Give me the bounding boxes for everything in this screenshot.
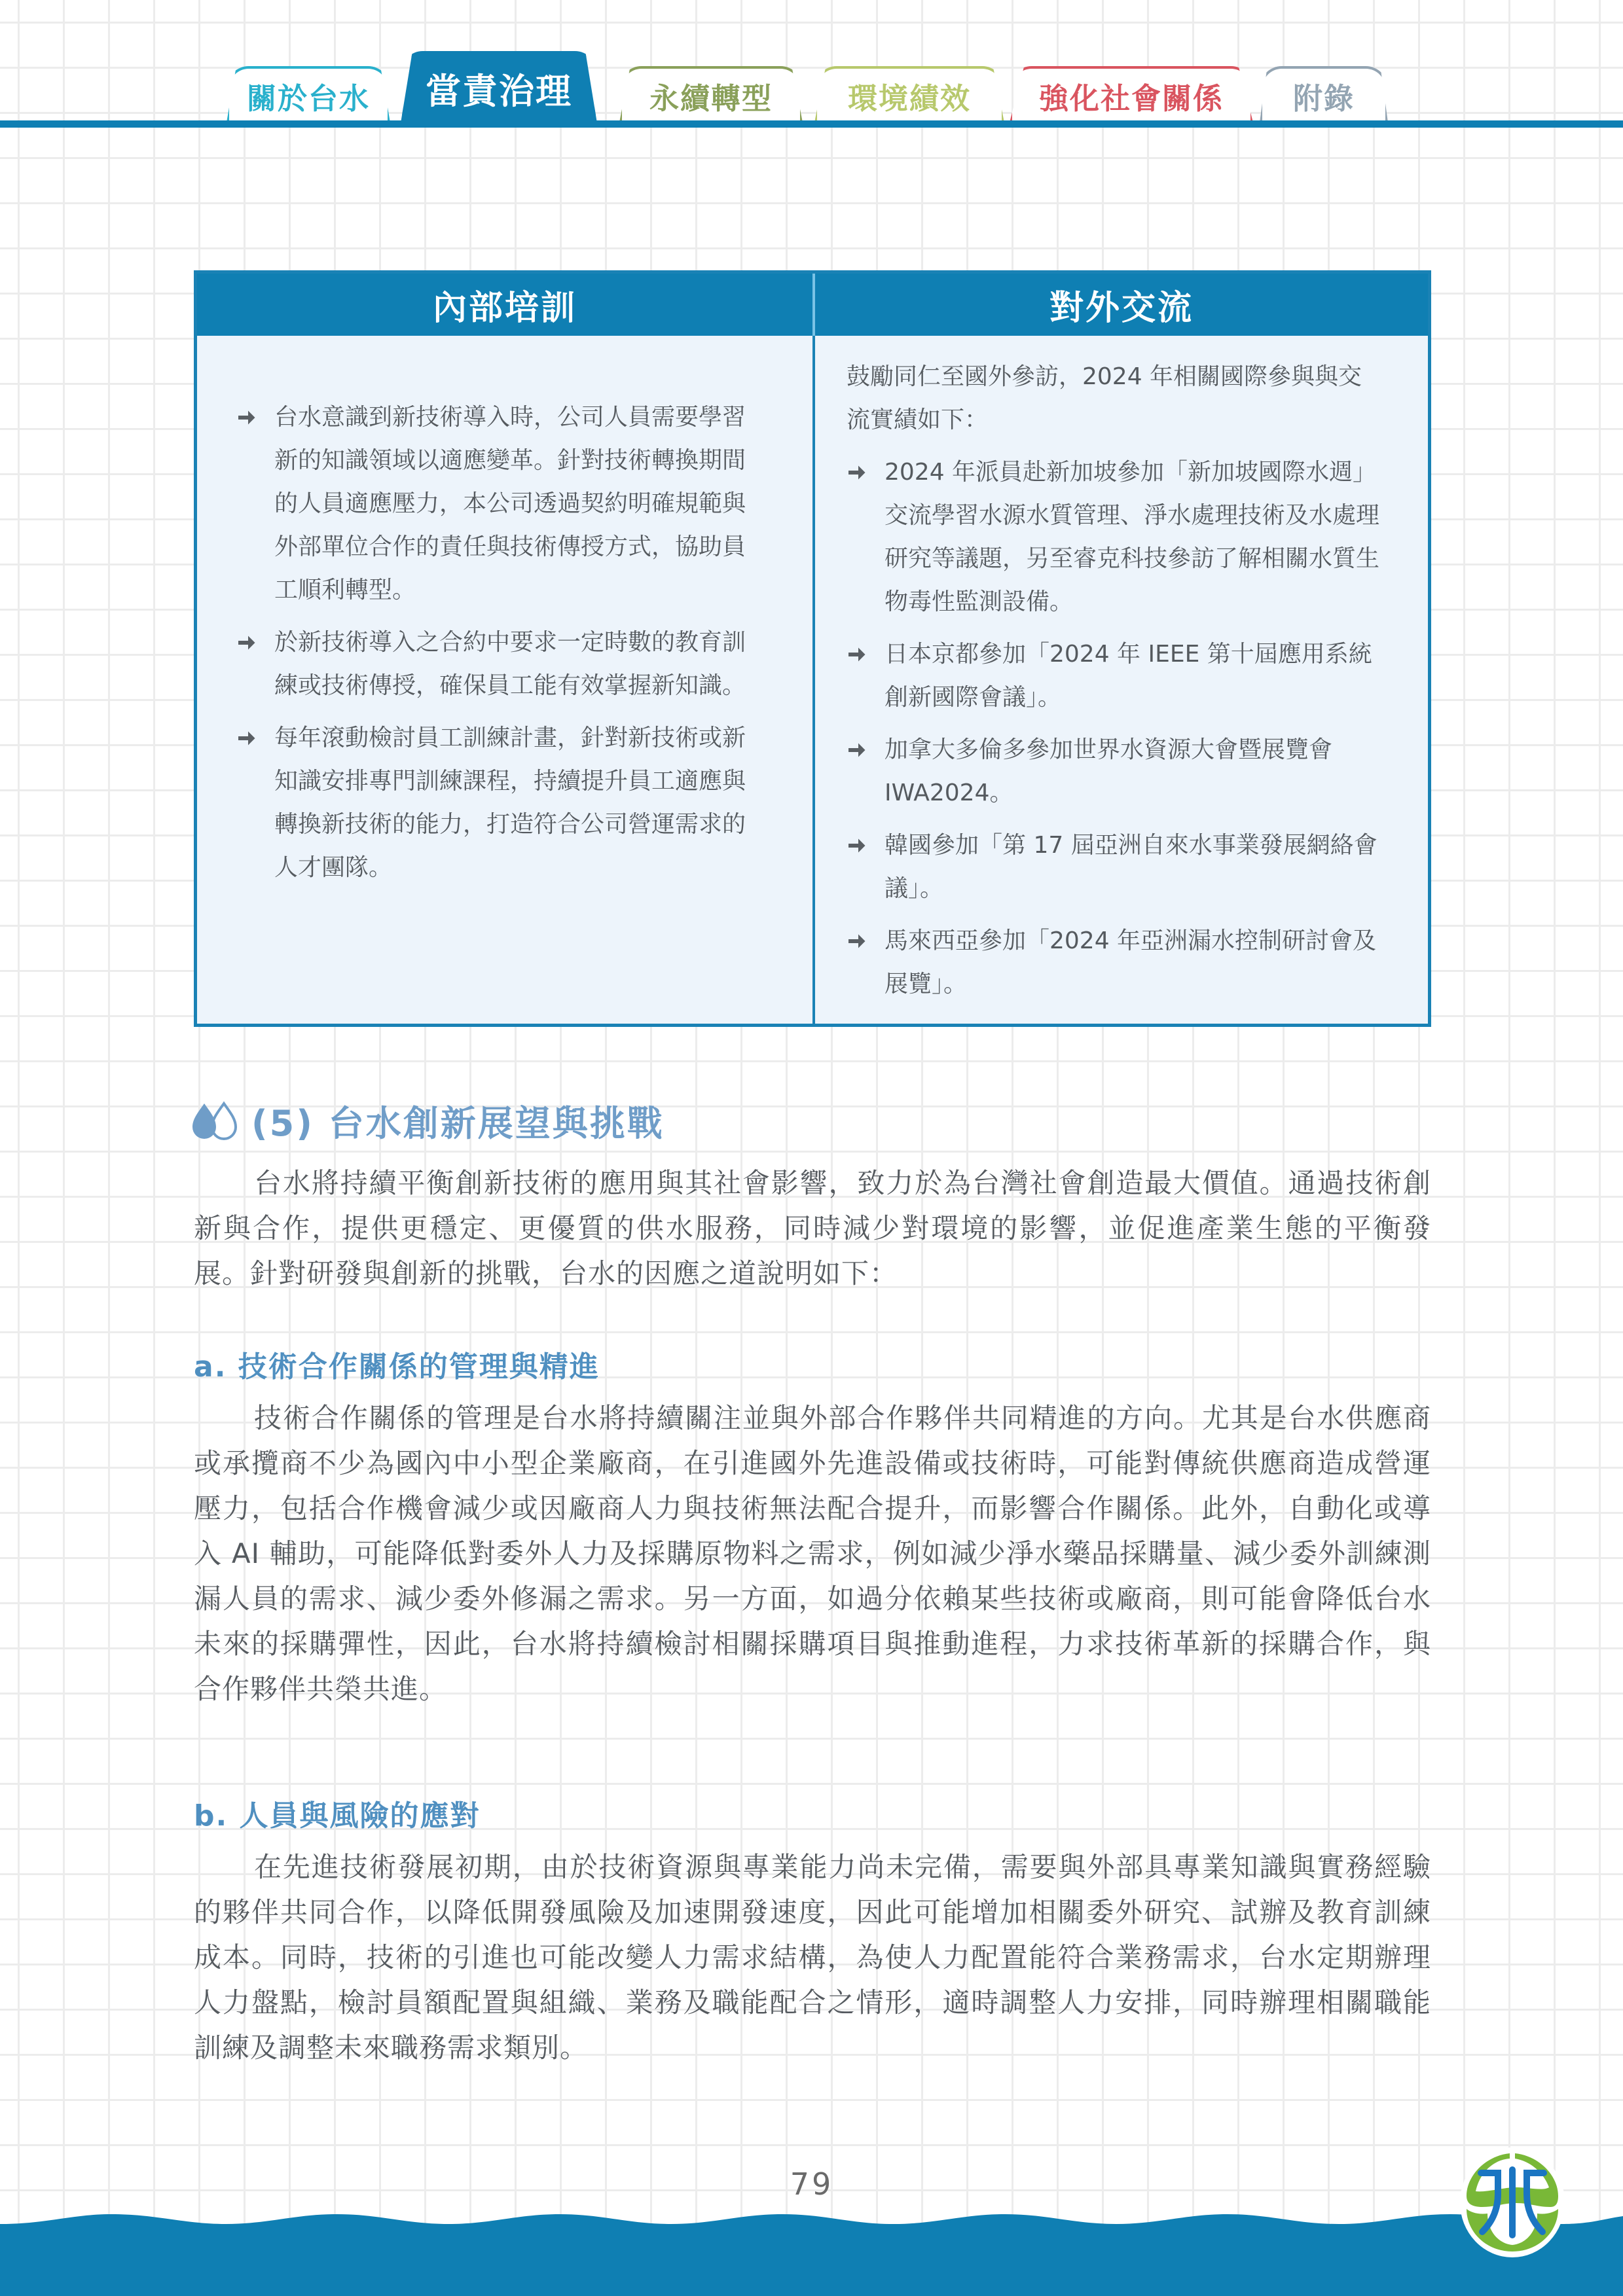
arrow-right-icon [847,633,873,676]
tab-social-relations[interactable]: 強化社會關係 [1010,66,1253,122]
section-intro-paragraph: 台水將持續平衡創新技術的應用與其社會影響，致力於為台灣社會創造最大價值。通過技術… [194,1160,1431,1296]
footer-wave-decoration [0,2206,1623,2296]
arrow-right-icon [847,920,873,963]
bullet-text: 台水意識到新技術導入時，公司人員需要學習新的知識領域以適應變革。針對技術轉換期間… [274,404,746,603]
subsection-a-paragraph: 技術合作關係的管理是台水將持續關注並與外部合作夥伴共同精進的方向。尤其是台水供應… [194,1395,1431,1712]
tab-about-taiwan-water[interactable]: 關於台水 [227,66,390,122]
top-tab-navigation: 關於台水 當責治理 永續轉型 環境績效 強化社會關係 附錄 [0,0,1623,131]
header-external-exchange: 對外交流 [815,274,1428,336]
tab-label: 附錄 [1293,75,1355,117]
bullet-text: 2024 年派員赴新加坡參加「新加坡國際水週」交流學習水源水質管理、淨水處理技術… [884,459,1379,615]
bullet-text: 每年滾動檢討員工訓練計畫，針對新技術或新知識安排專門訓練課程，持續提升員工適應與… [274,725,746,881]
bullet-text: 日本京都參加「2024 年 IEEE 第十屆應用系統創新國際會議」。 [884,641,1372,711]
tab-environmental-performance[interactable]: 環境績效 [814,66,1004,122]
list-item: 台水意識到新技術導入時，公司人員需要學習新的知識領域以適應變革。針對技術轉換期間… [236,396,767,612]
water-drops-icon [191,1101,242,1140]
bullet-text: 於新技術導入之合約中要求一定時數的教育訓練或技術傳授，確保員工能有效掌握新知識。 [274,629,746,699]
subheading-b: b. 人員與風險的應對 [194,1792,481,1834]
list-item: 於新技術導入之合約中要求一定時數的教育訓練或技術傳授，確保員工能有效掌握新知識。 [236,621,767,708]
bullet-text: 韓國參加「第 17 屆亞洲自來水事業發展網絡會議」。 [884,832,1377,902]
list-item: 日本京都參加「2024 年 IEEE 第十屆應用系統創新國際會議」。 [847,633,1381,719]
tab-label: 環境績效 [848,75,971,117]
tab-label: 永續轉型 [649,75,773,117]
section-heading: (5) 台水創新展望與挑戰 [191,1094,665,1147]
tab-sustainable-transformation[interactable]: 永續轉型 [619,66,803,122]
tab-accountable-governance[interactable]: 當責治理 [401,51,597,123]
taiwan-water-logo-icon [1459,2147,1566,2258]
section-title-text: (5) 台水創新展望與挑戰 [251,1096,665,1146]
bullet-text: 馬來西亞參加「2024 年亞洲漏水控制研討會及展覽」。 [884,927,1376,997]
tab-label: 強化社會關係 [1039,75,1224,117]
external-exchange-cell: 鼓勵同仁至國外參訪，2024 年相關國際參與與交流實績如下： 2024 年派員赴… [815,336,1428,1024]
arrow-right-icon [236,621,263,664]
bullet-text: 加拿大多倫多參加世界水資源大會暨展覽會IWA2024。 [884,736,1332,806]
list-item: 每年滾動檢討員工訓練計畫，針對新技術或新知識安排專門訓練課程，持續提升員工適應與… [236,717,767,889]
list-item: 馬來西亞參加「2024 年亞洲漏水控制研討會及展覽」。 [847,920,1381,1006]
list-item: 2024 年派員赴新加坡參加「新加坡國際水週」交流學習水源水質管理、淨水處理技術… [847,451,1381,624]
arrow-right-icon [847,451,873,494]
nav-baseline-divider [0,120,1623,128]
tab-appendix[interactable]: 附錄 [1260,66,1388,122]
arrow-right-icon [847,824,873,867]
arrow-right-icon [236,717,263,760]
tab-label: 當責治理 [426,63,572,114]
subsection-b-paragraph: 在先進技術發展初期，由於技術資源與專業能力尚未完備，需要與外部具專業知識與實務經… [194,1844,1431,2070]
internal-training-cell: 台水意識到新技術導入時，公司人員需要學習新的知識領域以適應變革。針對技術轉換期間… [197,336,815,1024]
header-internal-training: 內部培訓 [197,274,815,336]
list-item: 韓國參加「第 17 屆亞洲自來水事業發展網絡會議」。 [847,824,1381,910]
page-number: 79 [786,2166,838,2202]
arrow-right-icon [236,396,263,439]
training-exchange-table: 內部培訓 對外交流 台水意識到新技術導入時，公司人員需要學習新的知識領域以適應變… [194,270,1431,1027]
tab-label: 關於台水 [247,75,370,117]
list-item: 加拿大多倫多參加世界水資源大會暨展覽會IWA2024。 [847,728,1381,815]
subheading-a: a. 技術合作關係的管理與精進 [194,1343,600,1385]
arrow-right-icon [847,728,873,772]
exchange-intro: 鼓勵同仁至國外參訪，2024 年相關國際參與與交流實績如下： [847,355,1381,442]
